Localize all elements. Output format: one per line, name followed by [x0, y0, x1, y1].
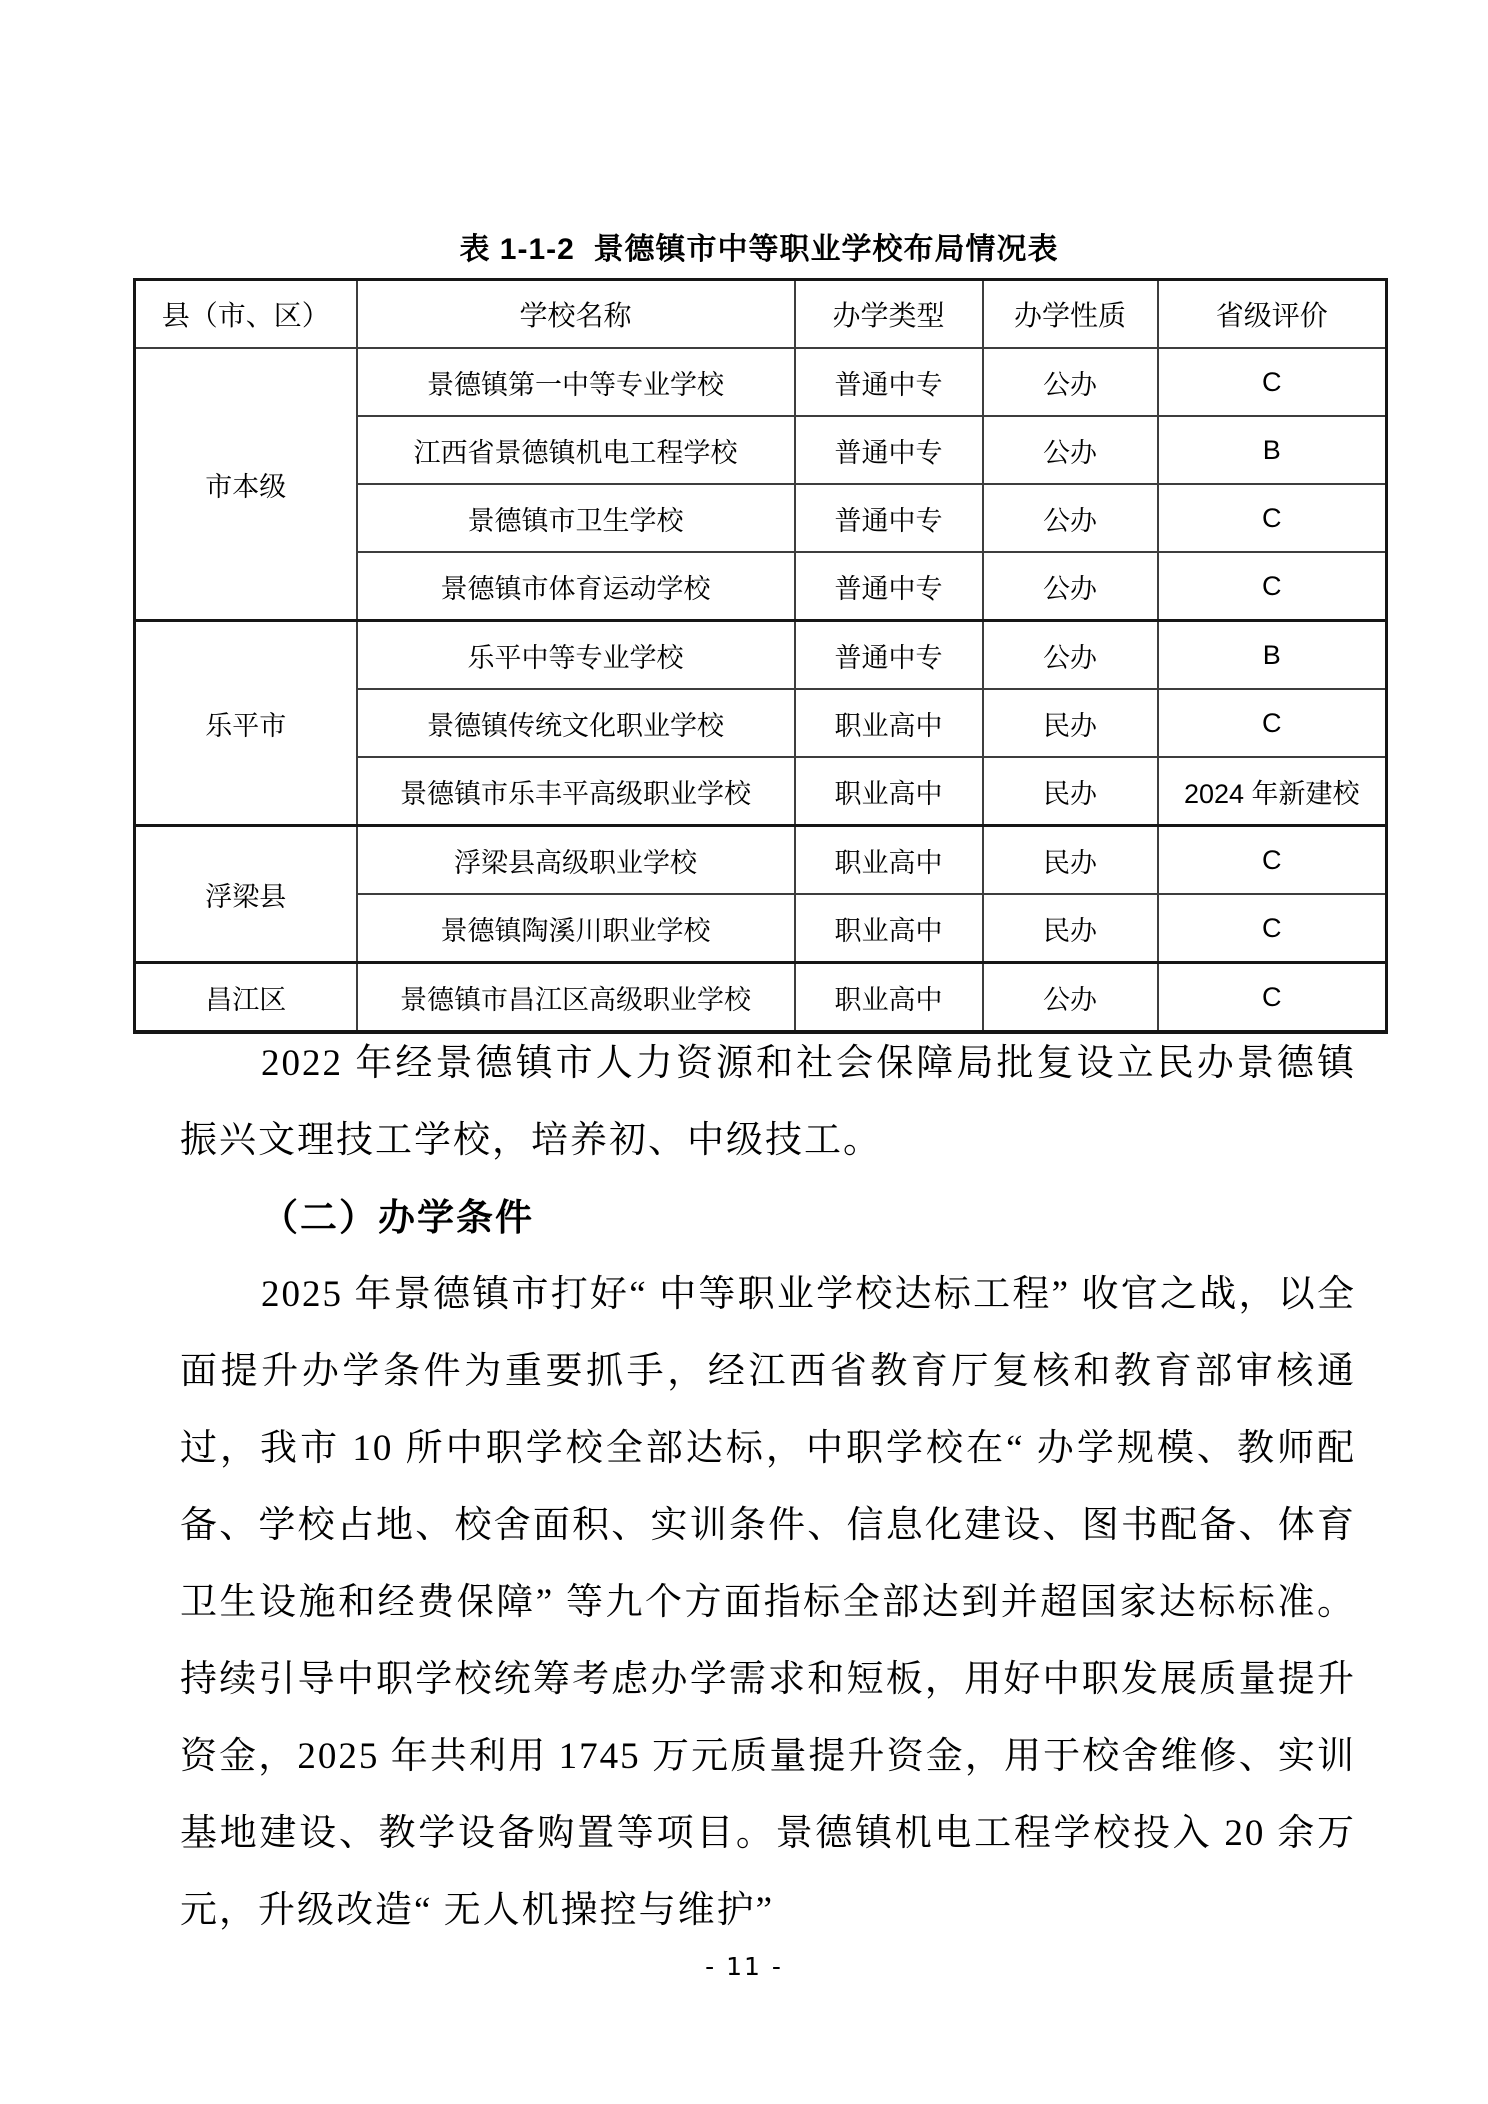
- column-header-4: 省级评价: [1158, 280, 1387, 349]
- school-nature-cell: 公办: [983, 348, 1158, 416]
- school-name-cell: 浮梁县高级职业学校: [357, 826, 795, 895]
- province-grade-cell: B: [1158, 416, 1387, 484]
- school-type-cell: 普通中专: [795, 621, 983, 690]
- school-name-cell: 景德镇市昌江区高级职业学校: [357, 963, 795, 1033]
- school-nature-cell: 公办: [983, 484, 1158, 552]
- column-header-1: 学校名称: [357, 280, 795, 349]
- province-grade-cell: C: [1158, 484, 1387, 552]
- province-grade-cell: C: [1158, 689, 1387, 757]
- province-grade-cell: C: [1158, 826, 1387, 895]
- paragraph-2022: 2022 年经景德镇市人力资源和社会保障局批复设立民办景德镇振兴文理技工学校，培…: [180, 1025, 1356, 1179]
- school-type-cell: 职业高中: [795, 963, 983, 1033]
- province-grade-cell: 2024 年新建校: [1158, 757, 1387, 826]
- school-name-cell: 景德镇市乐丰平高级职业学校: [357, 757, 795, 826]
- school-nature-cell: 民办: [983, 757, 1158, 826]
- section-heading: （二）办学条件: [180, 1179, 1356, 1256]
- table-row: 浮梁县浮梁县高级职业学校职业高中民办C: [135, 826, 1387, 895]
- school-nature-cell: 民办: [983, 826, 1158, 895]
- school-type-cell: 普通中专: [795, 416, 983, 484]
- table-row: 乐平市乐平中等专业学校普通中专公办B: [135, 621, 1387, 690]
- school-type-cell: 普通中专: [795, 348, 983, 416]
- school-type-cell: 普通中专: [795, 484, 983, 552]
- column-header-3: 办学性质: [983, 280, 1158, 349]
- school-layout-table: 县（市、区）学校名称办学类型办学性质省级评价 市本级景德镇第一中等专业学校普通中…: [133, 278, 1388, 1034]
- column-header-2: 办学类型: [795, 280, 983, 349]
- school-nature-cell: 公办: [983, 963, 1158, 1033]
- school-type-cell: 职业高中: [795, 757, 983, 826]
- page-number: - 11 -: [0, 1950, 1488, 1984]
- paragraph-2025: 2025 年景德镇市打好“ 中等职业学校达标工程” 收官之战，以全面提升办学条件…: [180, 1256, 1356, 1949]
- school-nature-cell: 公办: [983, 621, 1158, 690]
- school-name-cell: 景德镇第一中等专业学校: [357, 348, 795, 416]
- document-page: 表 1-1-2 景德镇市中等职业学校布局情况表 县（市、区）学校名称办学类型办学…: [0, 0, 1488, 2104]
- school-name-cell: 景德镇市卫生学校: [357, 484, 795, 552]
- school-nature-cell: 民办: [983, 689, 1158, 757]
- school-name-cell: 景德镇传统文化职业学校: [357, 689, 795, 757]
- province-grade-cell: C: [1158, 552, 1387, 621]
- body-text-block: 2022 年经景德镇市人力资源和社会保障局批复设立民办景德镇振兴文理技工学校，培…: [180, 1025, 1356, 1949]
- school-name-cell: 景德镇市体育运动学校: [357, 552, 795, 621]
- table-row: 昌江区景德镇市昌江区高级职业学校职业高中公办C: [135, 963, 1387, 1033]
- region-cell: 乐平市: [135, 621, 357, 826]
- school-type-cell: 普通中专: [795, 552, 983, 621]
- school-name-cell: 乐平中等专业学校: [357, 621, 795, 690]
- table-body: 市本级景德镇第一中等专业学校普通中专公办C江西省景德镇机电工程学校普通中专公办B…: [135, 348, 1387, 1032]
- province-grade-cell: C: [1158, 348, 1387, 416]
- header-row: 县（市、区）学校名称办学类型办学性质省级评价: [135, 280, 1387, 349]
- school-name-cell: 江西省景德镇机电工程学校: [357, 416, 795, 484]
- school-nature-cell: 公办: [983, 552, 1158, 621]
- school-name-cell: 景德镇陶溪川职业学校: [357, 894, 795, 963]
- school-nature-cell: 民办: [983, 894, 1158, 963]
- school-type-cell: 职业高中: [795, 894, 983, 963]
- school-type-cell: 职业高中: [795, 826, 983, 895]
- province-grade-cell: C: [1158, 963, 1387, 1033]
- province-grade-cell: B: [1158, 621, 1387, 690]
- school-type-cell: 职业高中: [795, 689, 983, 757]
- school-nature-cell: 公办: [983, 416, 1158, 484]
- region-cell: 浮梁县: [135, 826, 357, 963]
- table-row: 市本级景德镇第一中等专业学校普通中专公办C: [135, 348, 1387, 416]
- table-header: 县（市、区）学校名称办学类型办学性质省级评价: [135, 280, 1387, 349]
- column-header-0: 县（市、区）: [135, 280, 357, 349]
- region-cell: 昌江区: [135, 963, 357, 1033]
- region-cell: 市本级: [135, 348, 357, 621]
- province-grade-cell: C: [1158, 894, 1387, 963]
- table-caption: 表 1-1-2 景德镇市中等职业学校布局情况表: [133, 230, 1385, 270]
